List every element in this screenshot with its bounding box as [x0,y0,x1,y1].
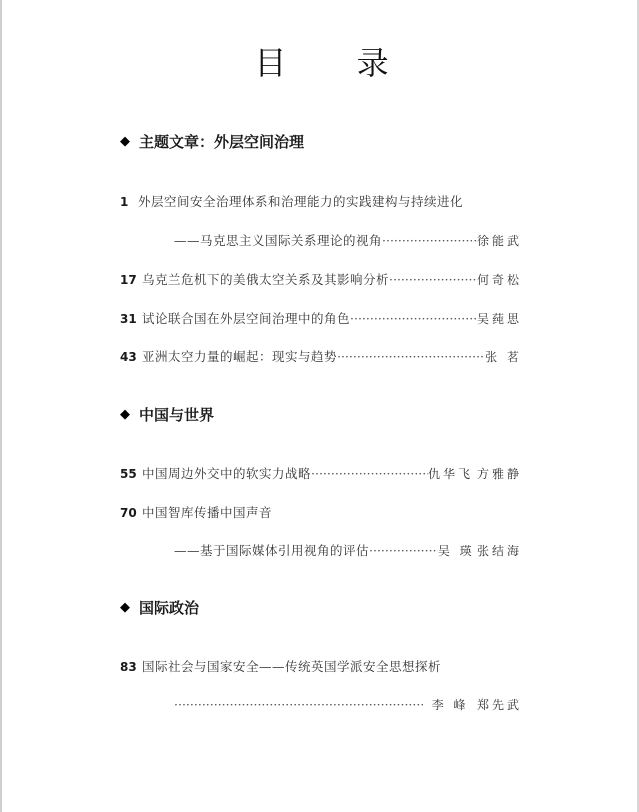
toc-entry[interactable]: 31 试论联合国在外层空间治理中的角色 吴莼思 [120,309,522,327]
entry-title: 外层空间安全治理体系和治理能力的实践建构与持续进化 [138,192,463,210]
entry-title: 国际社会与国家安全——传统英国学派安全思想探析 [142,657,441,675]
leader-dots [389,272,477,287]
entry-author: 仇华飞 [428,465,473,482]
entry-author: 张 茗 [485,348,522,365]
toc-entry[interactable]: 1 外层空间安全治理体系和治理能力的实践建构与持续进化 [120,192,522,210]
section-heading-international-politics: ◆ 国际政治 [120,597,199,618]
entry-title: 试论联合国在外层空间治理中的角色 [142,309,350,327]
toc-entry-author-line[interactable]: 李 峰 郑先武 [174,696,522,713]
leader-dots [369,543,438,558]
section-heading-china-and-world: ◆ 中国与世界 [120,404,214,425]
entry-subtitle: ——马克思主义国际关系理论的视角 [174,231,382,249]
toc-page: 目 录 ◆ 主题文章：外层空间治理 1 外层空间安全治理体系和治理能力的实践建构… [0,0,639,812]
section-heading-label: 中国与世界 [139,404,214,425]
toc-entry[interactable]: 55 中国周边外交中的软实力战略 仇华飞 方雅静 [120,464,522,482]
page-number: 70 [120,506,142,520]
section-heading-label: 国际政治 [139,597,199,618]
page-number: 83 [120,660,142,674]
toc-entry[interactable]: 83 国际社会与国家安全——传统英国学派安全思想探析 [120,657,522,675]
leader-dots [350,311,477,326]
page-title: 目 录 [2,38,639,84]
entry-author: 何奇松 [477,271,522,288]
leader-dots [311,466,428,481]
toc-entry-subtitle-line[interactable]: ——基于国际媒体引用视角的评估 吴 瑛 张结海 [174,541,522,559]
diamond-bullet-icon: ◆ [120,600,130,615]
entry-title: 亚洲太空力量的崛起：现实与趋势 [142,347,337,365]
entry-author: 李 峰 [432,696,469,713]
section-heading-space-governance: ◆ 主题文章：外层空间治理 [120,131,304,152]
toc-entry-subtitle-line[interactable]: ——马克思主义国际关系理论的视角 徐能武 [174,231,522,249]
leader-dots [382,233,477,248]
leader-dots [337,349,485,364]
entry-title: 乌克兰危机下的美俄太空关系及其影响分析 [142,270,389,288]
page-number: 43 [120,350,142,364]
diamond-bullet-icon: ◆ [120,134,130,149]
leader-dots [174,697,423,712]
page-number: 31 [120,312,142,326]
page-number: 1 [120,195,138,209]
toc-entry[interactable]: 17 乌克兰危机下的美俄太空关系及其影响分析 何奇松 [120,270,522,288]
toc-entry[interactable]: 70 中国智库传播中国声音 [120,503,522,521]
entry-subtitle: ——基于国际媒体引用视角的评估 [174,541,369,559]
diamond-bullet-icon: ◆ [120,407,130,422]
section-heading-label: 主题文章：外层空间治理 [139,131,304,152]
entry-author: 郑先武 [477,696,522,713]
entry-author: 张结海 [477,542,522,559]
toc-entry[interactable]: 43 亚洲太空力量的崛起：现实与趋势 张 茗 [120,347,522,365]
entry-author: 方雅静 [477,465,522,482]
page-number: 17 [120,273,142,287]
entry-title: 中国智库传播中国声音 [142,503,272,521]
page-number: 55 [120,467,142,481]
entry-author: 徐能武 [477,232,522,249]
entry-title: 中国周边外交中的软实力战略 [142,464,311,482]
entry-author: 吴 瑛 [438,542,475,559]
entry-author: 吴莼思 [477,310,522,327]
